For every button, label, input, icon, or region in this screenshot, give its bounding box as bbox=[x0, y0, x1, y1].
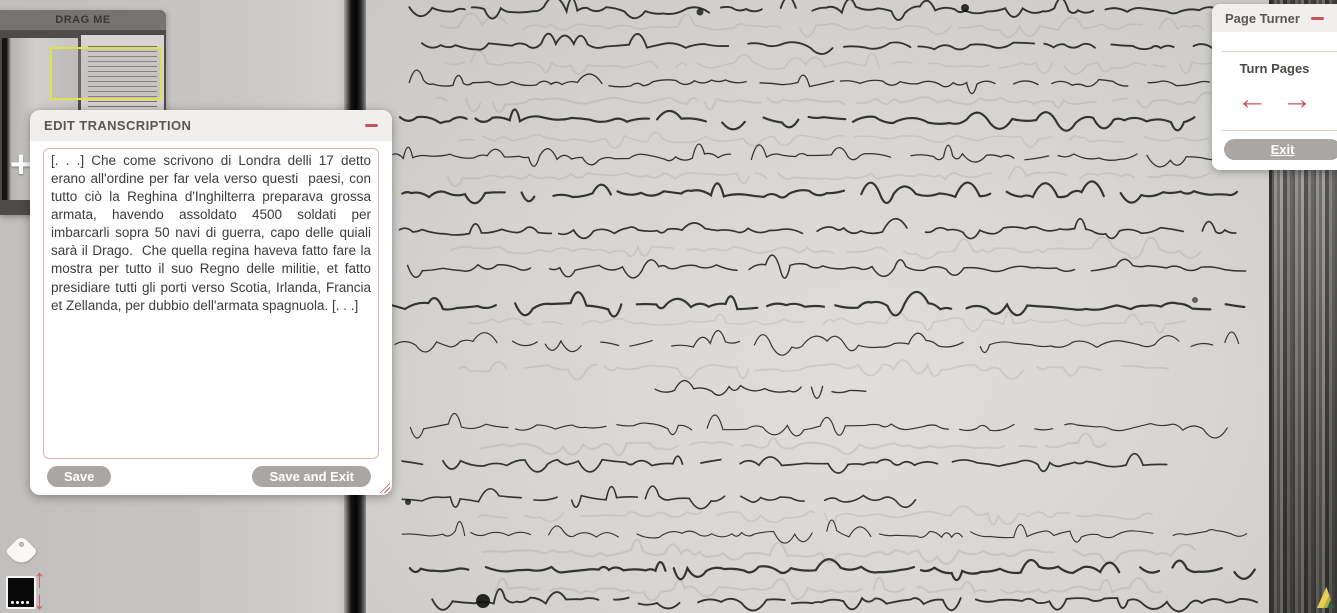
dialog-title: EDIT TRANSCRIPTION bbox=[44, 118, 191, 133]
page-turner-title: Page Turner bbox=[1225, 11, 1300, 26]
navigate-down-icon[interactable]: ↓ bbox=[33, 585, 46, 613]
edit-transcription-dialog: EDIT TRANSCRIPTION [. . .] Che come scri… bbox=[30, 110, 392, 495]
turn-pages-arrows: ← → bbox=[1212, 82, 1337, 116]
previous-page-arrow-icon[interactable]: ← bbox=[1237, 82, 1268, 116]
transcription-textarea[interactable]: [. . .] Che come scrivono di Londra dell… bbox=[43, 148, 379, 459]
turn-pages-label: Turn Pages bbox=[1212, 61, 1337, 76]
viewer-stage: DRAG ME + EDIT TRANSCRIPTION [. . .] Che… bbox=[0, 0, 1337, 613]
divider bbox=[1222, 130, 1337, 131]
minimize-icon[interactable] bbox=[365, 124, 378, 127]
drag-me-handle[interactable]: DRAG ME bbox=[0, 10, 166, 30]
exit-label: Exit bbox=[1271, 142, 1295, 157]
page-turner-panel: Page Turner Turn Pages ← → Exit bbox=[1212, 4, 1337, 170]
manuscript-page bbox=[364, 0, 1270, 613]
page-turner-drag-handle[interactable]: Page Turner bbox=[1212, 4, 1337, 32]
filmstrip-dots-icon bbox=[11, 601, 14, 604]
minimize-icon[interactable] bbox=[1311, 17, 1324, 20]
tag-hole bbox=[18, 541, 25, 548]
dialog-button-row: Save Save and Exit bbox=[47, 466, 371, 487]
viewport-rectangle[interactable] bbox=[50, 47, 162, 100]
save-and-exit-button[interactable]: Save and Exit bbox=[252, 466, 371, 487]
save-button[interactable]: Save bbox=[47, 466, 111, 487]
filmstrip-navigator[interactable] bbox=[6, 576, 36, 609]
exit-button[interactable]: Exit bbox=[1224, 139, 1337, 160]
next-page-arrow-icon[interactable]: → bbox=[1282, 82, 1313, 116]
dialog-drag-handle[interactable]: EDIT TRANSCRIPTION bbox=[30, 110, 392, 140]
divider bbox=[1222, 51, 1337, 52]
resize-handle-icon[interactable] bbox=[377, 480, 390, 493]
